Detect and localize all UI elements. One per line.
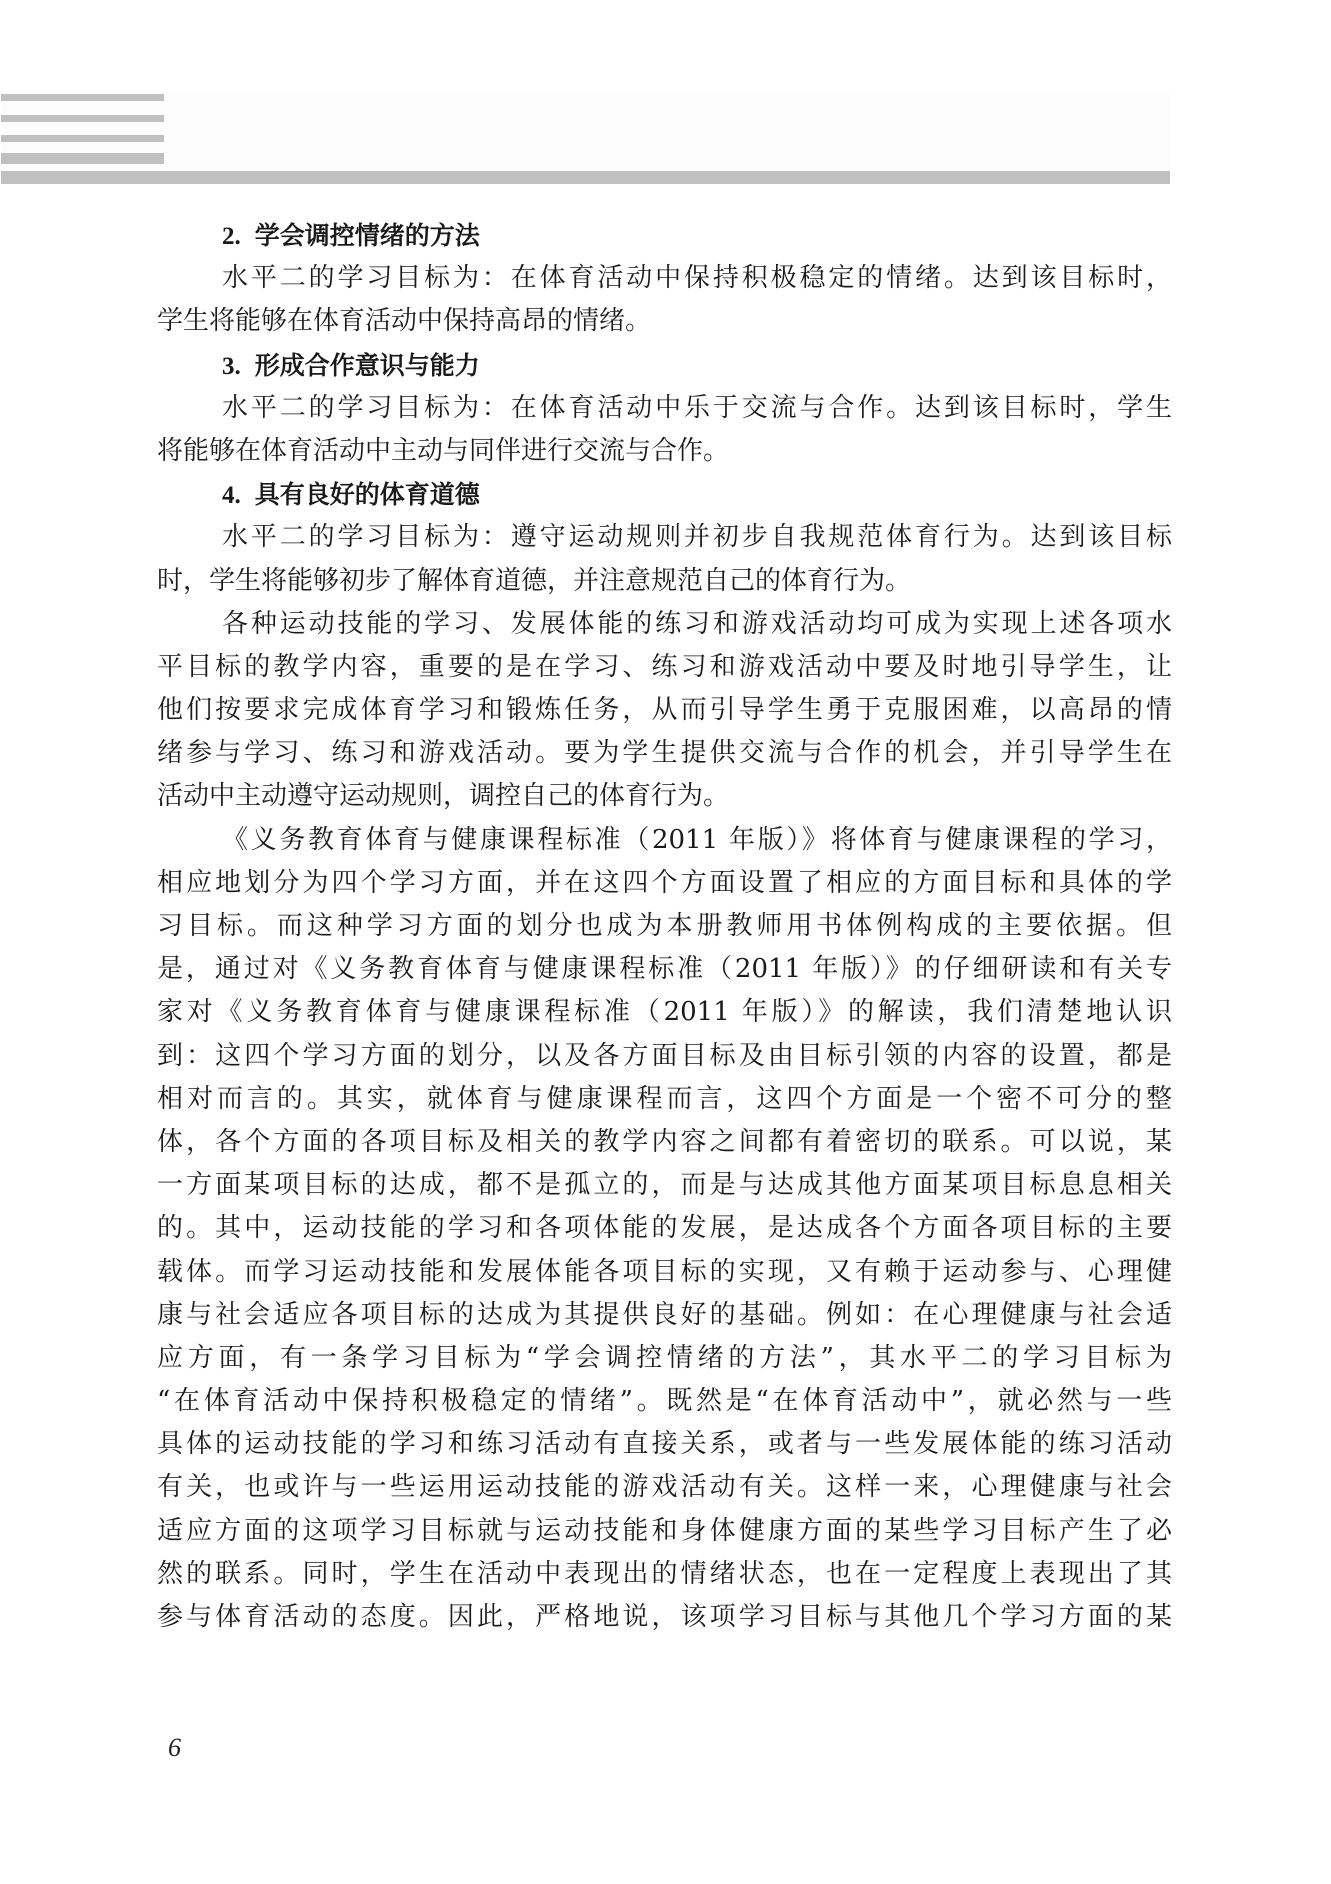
text-line: 相应地划分为四个学习方面，并在这四个方面设置了相应的方面目标和具体的学 [157, 862, 1172, 905]
text-line: 应方面，有一条学习目标为“学会调控情绪的方法”，其水平二的学习目标为 [157, 1337, 1172, 1380]
text-line: 将能够在体育活动中主动与同伴进行交流与合作。 [157, 430, 1172, 473]
header-rule [1, 171, 1170, 184]
text-line: 到：这四个学习方面的划分，以及各方面目标及由目标引领的内容的设置，都是 [157, 1035, 1172, 1078]
header-background [1, 93, 1171, 171]
text-line: 学生将能够在体育活动中保持高昂的情绪。 [157, 300, 1172, 343]
text-line: 载体。而学习运动技能和发展体能各项目标的实现，又有赖于运动参与、心理健 [157, 1251, 1172, 1294]
header-stripe [1, 115, 164, 122]
text-line: 是，通过对《义务教育体育与健康课程标准（2011 年版）》的仔细研读和有关专 [157, 948, 1172, 991]
text-line: 相对而言的。其实，就体育与健康课程而言，这四个方面是一个密不可分的整 [157, 1078, 1172, 1121]
text-line: 家对《义务教育体育与健康课程标准（2011 年版）》的解读，我们清楚地认识 [157, 991, 1172, 1034]
section-number: 4. [222, 482, 241, 509]
paragraph: 《义务教育体育与健康课程标准（2011 年版）》将体育与健康课程的学习， 相应地… [157, 819, 1172, 1640]
text-line: 体，各个方面的各项目标及相关的教学内容之间都有着密切的联系。可以说，某 [157, 1121, 1172, 1164]
section-title: 形成合作意识与能力 [255, 351, 480, 380]
text-line: 习目标。而这种学习方面的划分也成为本册教师用书体例构成的主要依据。但 [157, 905, 1172, 948]
paragraph: 各种运动技能的学习、发展体能的练习和游戏活动均可成为实现上述各项水 平目标的教学… [157, 603, 1172, 819]
text-line: 《义务教育体育与健康课程标准（2011 年版）》将体育与健康课程的学习， [157, 819, 1172, 862]
header-decoration [0, 0, 1331, 200]
text-line: 他们按要求完成体育学习和锻炼任务，从而引导学生勇于克服困难，以高昂的情 [157, 689, 1172, 732]
text-line: 平目标的教学内容，重要的是在学习、练习和游戏活动中要及时地引导学生，让 [157, 646, 1172, 689]
text-line: 的。其中，运动技能的学习和各项体能的发展，是达成各个方面各项目标的主要 [157, 1207, 1172, 1250]
text-line: 有关，也或许与一些运用运动技能的游戏活动有关。这样一来，心理健康与社会 [157, 1466, 1172, 1509]
text-line: 具体的运动技能的学习和练习活动有直接关系，或者与一些发展体能的练习活动 [157, 1423, 1172, 1466]
text-line: 参与体育活动的态度。因此，严格地说，该项学习目标与其他几个学习方面的某 [157, 1596, 1172, 1639]
text-line: “在体育活动中保持积极稳定的情绪”。既然是“在体育活动中”，就必然与一些 [157, 1380, 1172, 1423]
text-line: 各种运动技能的学习、发展体能的练习和游戏活动均可成为实现上述各项水 [157, 603, 1172, 646]
text-line: 时，学生将能够初步了解体育道德，并注意规范自己的体育行为。 [157, 560, 1172, 603]
text-line: 适应方面的这项学习目标就与运动技能和身体健康方面的某些学习目标产生了必 [157, 1510, 1172, 1553]
text-line: 水平二的学习目标为：遵守运动规则并初步自我规范体育行为。达到该目标 [157, 516, 1172, 559]
page-number: 6 [168, 1733, 181, 1763]
page-body: 2.学会调控情绪的方法 水平二的学习目标为：在体育活动中保持积极稳定的情绪。达到… [157, 214, 1172, 1639]
text-line: 然的联系。同时，学生在活动中表现出的情绪状态，也在一定程度上表现出了其 [157, 1553, 1172, 1596]
text-line: 绪参与学习、练习和游戏活动。要为学生提供交流与合作的机会，并引导学生在 [157, 732, 1172, 775]
text-line: 水平二的学习目标为：在体育活动中乐于交流与合作。达到该目标时，学生 [157, 387, 1172, 430]
header-stripe [1, 153, 164, 164]
section-heading: 2.学会调控情绪的方法 [157, 214, 1172, 257]
header-stripe [1, 94, 164, 101]
section-number: 3. [222, 353, 241, 380]
text-line: 康与社会适应各项目标的达成为其提供良好的基础。例如：在心理健康与社会适 [157, 1294, 1172, 1337]
header-stripe [1, 135, 164, 142]
section-heading: 3.形成合作意识与能力 [157, 344, 1172, 387]
text-line: 一方面某项目标的达成，都不是孤立的，而是与达成其他方面某项目标息息相关 [157, 1164, 1172, 1207]
section-number: 2. [222, 223, 241, 250]
section-title: 学会调控情绪的方法 [255, 221, 480, 250]
section-heading: 4.具有良好的体育道德 [157, 473, 1172, 516]
text-line: 水平二的学习目标为：在体育活动中保持积极稳定的情绪。达到该目标时， [157, 257, 1172, 300]
text-line: 活动中主动遵守运动规则，调控自己的体育行为。 [157, 775, 1172, 818]
section-title: 具有良好的体育道德 [255, 480, 480, 509]
